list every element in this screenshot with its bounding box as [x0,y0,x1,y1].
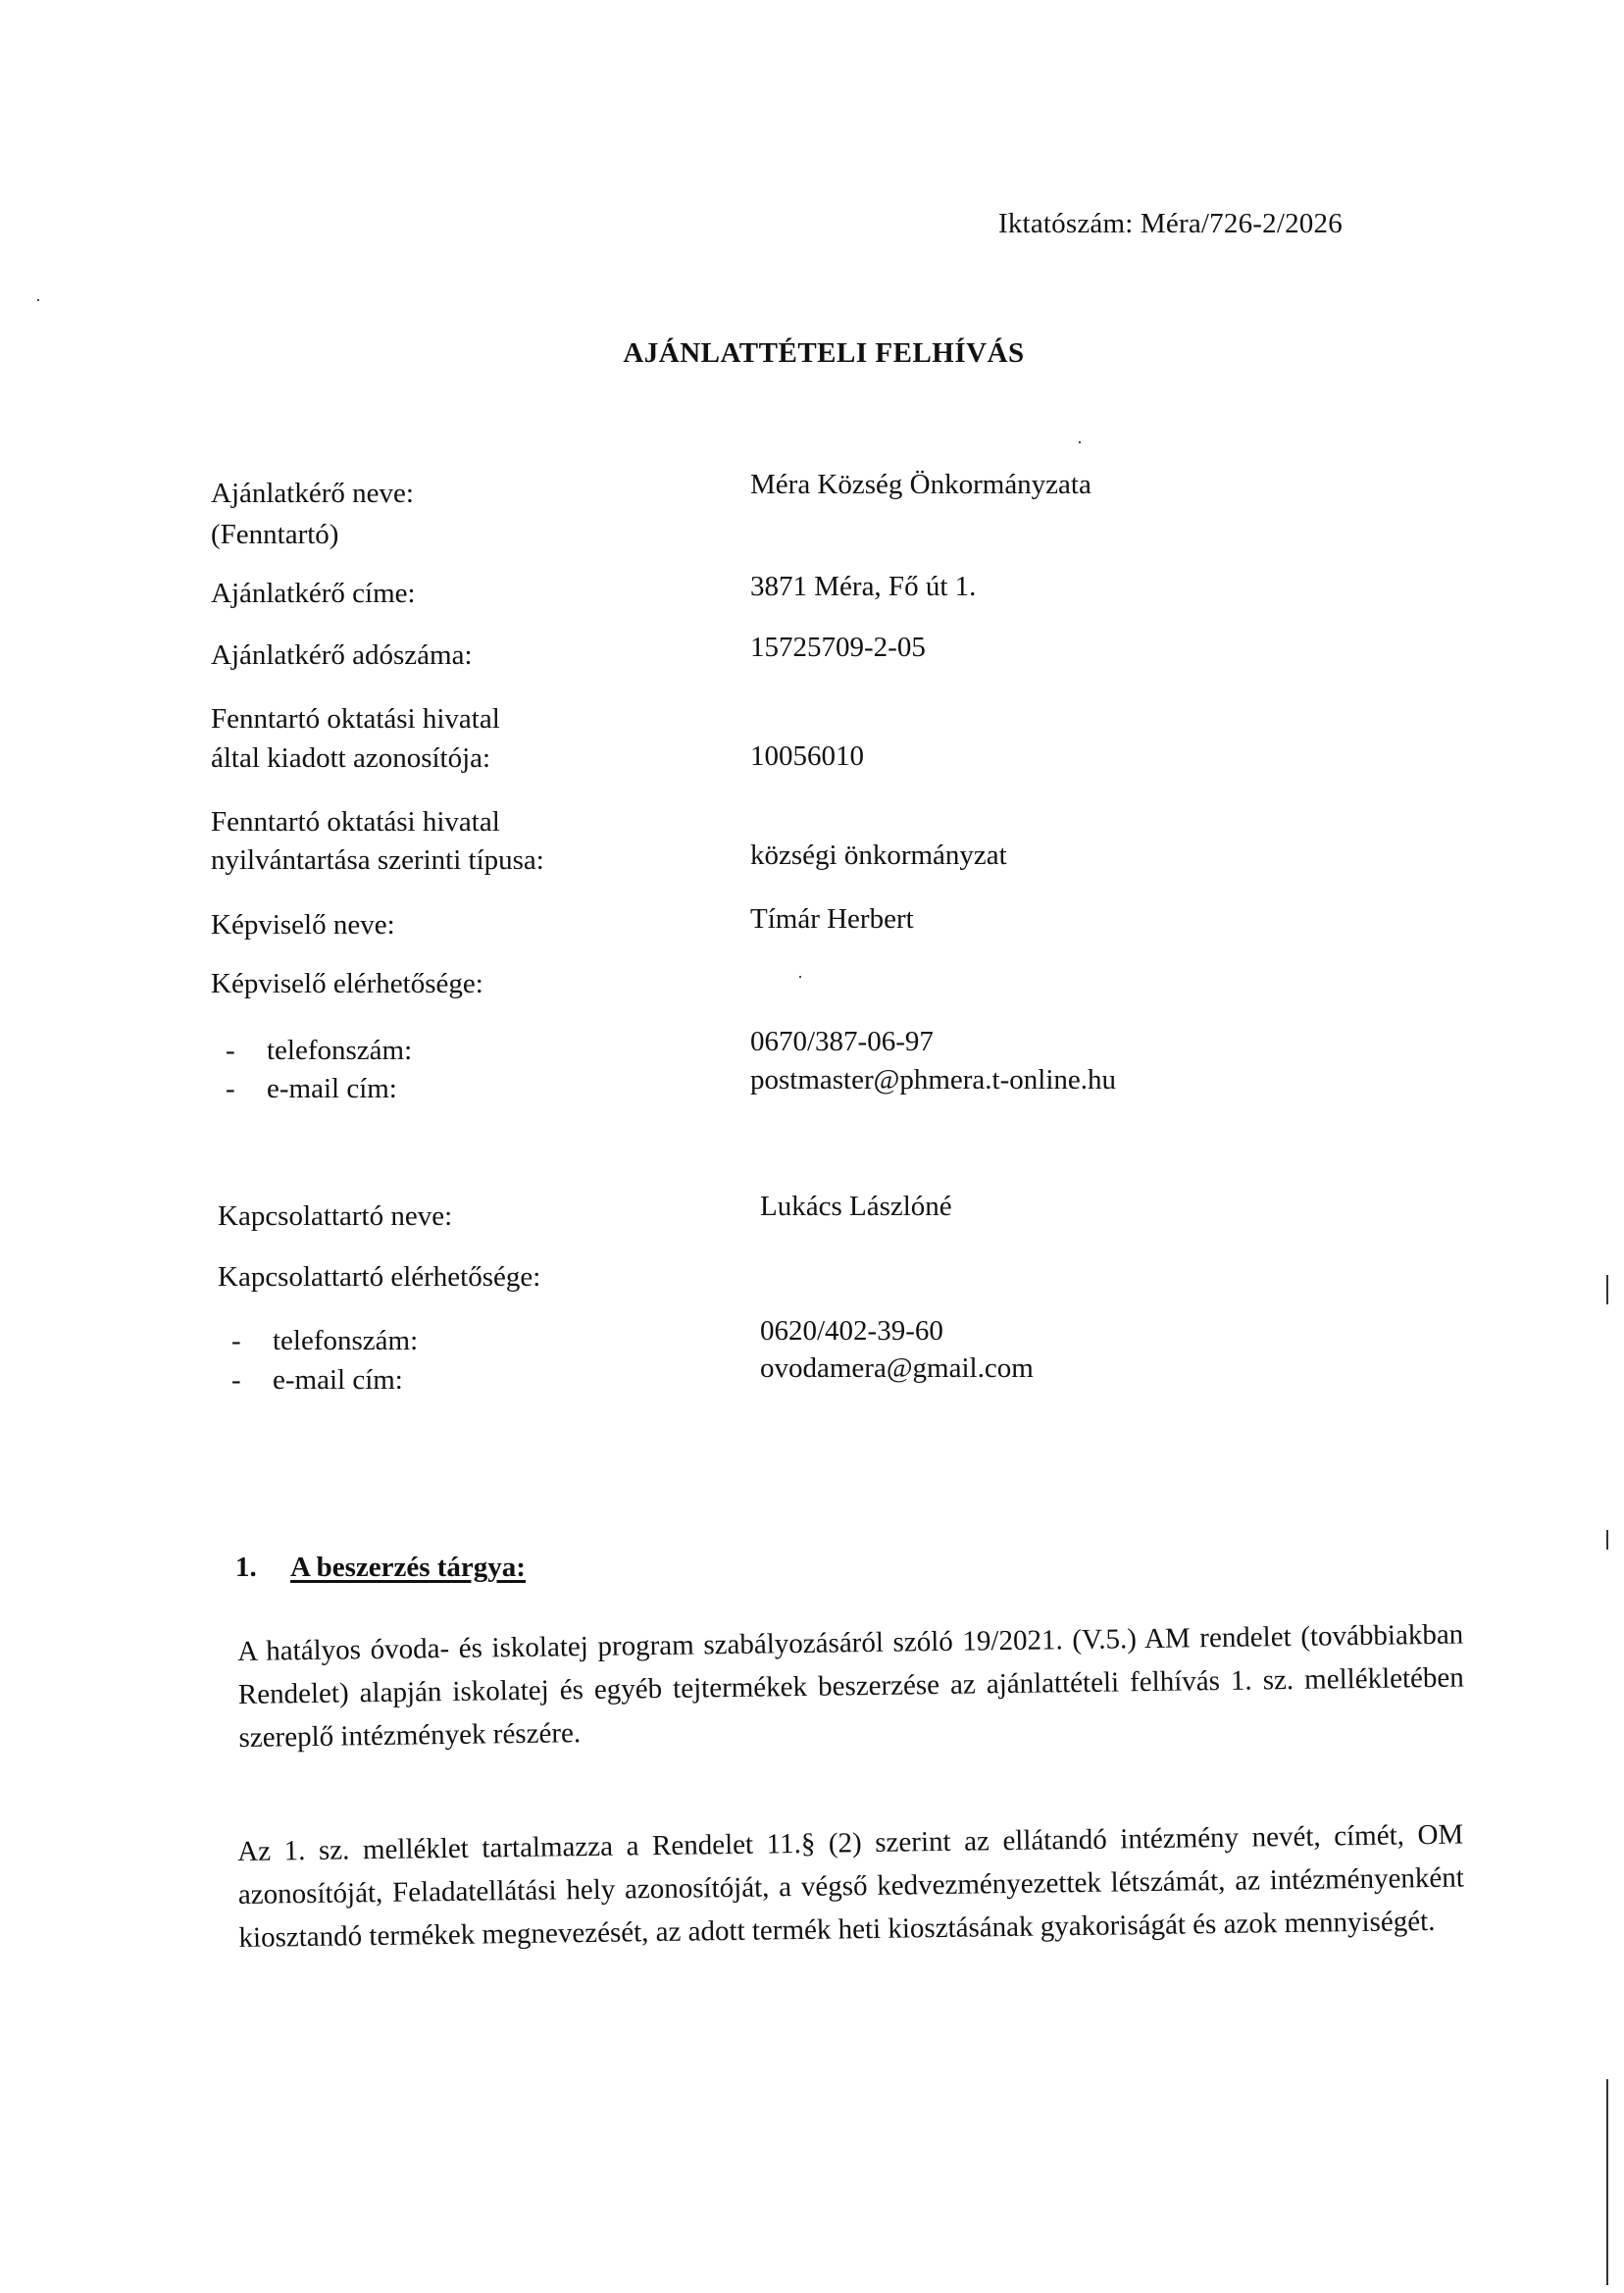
rep-phone-value: 0670/387-06-97 [750,1022,934,1061]
rep-email-value: postmaster@phmera.t-online.hu [750,1060,1116,1099]
edu-type-sublabel: nyilvántartása szerinti típusa: [211,841,544,880]
rep-phone-label: -telefonszám: [226,1031,412,1070]
rep-name-label: Képviselő neve: [211,905,395,944]
rep-email-label-text: e-mail cím: [267,1073,397,1104]
edu-id-sublabel: által kiadott azonosítója: [211,739,490,778]
requester-address-value: 3871 Méra, Fő út 1. [750,567,976,606]
contact-email-label-text: e-mail cím: [273,1364,403,1396]
section-number: 1. [235,1552,290,1584]
scan-edge-mark [1606,2079,1608,2285]
requester-name-label: Ajánlatkérő neve: [211,474,414,513]
edu-id-label: Fenntartó oktatási hivatal [211,699,500,739]
bullet-dash: - [231,1321,273,1360]
contact-phone-label-text: telefonszám: [273,1325,418,1356]
rep-phone-label-text: telefonszám: [267,1035,412,1066]
rep-contact-label: Képviselő elérhetősége: [211,964,483,1003]
edu-type-label: Fenntartó oktatási hivatal [211,802,500,841]
contact-phone-label: -telefonszám: [231,1321,418,1360]
requester-name-sublabel: (Fenntartó) [211,515,338,554]
bullet-dash: - [226,1069,267,1108]
contact-contact-label: Kapcsolattartó elérhetősége: [218,1257,540,1297]
contact-name-label: Kapcsolattartó neve: [218,1197,452,1236]
scan-edge-mark [1606,1530,1608,1550]
section-1-paragraph-1: A hatályos óvoda- és iskolatej program s… [237,1613,1465,1759]
section-1-paragraph-2: Az 1. sz. melléklet tartalmazza a Rendel… [237,1813,1465,1960]
rep-name-value: Tímár Herbert [750,899,914,939]
requester-name-value: Méra Község Önkormányzata [750,465,1091,504]
contact-name-value: Lukács Lászlóné [760,1187,952,1226]
section-1-heading: 1.A beszerzés tárgya: [235,1552,526,1584]
contact-email-value: ovodamera@gmail.com [760,1349,1034,1388]
requester-tax-value: 15725709-2-05 [750,628,926,667]
scan-edge-mark [1606,1275,1608,1304]
registration-number: Iktatószám: Méra/726-2/2026 [998,208,1343,240]
requester-tax-label: Ajánlatkérő adószáma: [211,636,473,675]
contact-email-label: -e-mail cím: [231,1360,403,1400]
scan-speck [1079,441,1081,443]
contact-phone-value: 0620/402-39-60 [760,1311,943,1350]
scan-speck [799,976,801,978]
bullet-dash: - [231,1360,273,1400]
section-title: A beszerzés tárgya: [290,1552,526,1583]
edu-id-value: 10056010 [750,737,864,776]
document-title: AJÁNLATTÉTELI FELHÍVÁS [0,337,1624,370]
rep-email-label: -e-mail cím: [226,1069,397,1108]
edu-type-value: községi önkormányzat [750,836,1007,875]
requester-address-label: Ajánlatkérő címe: [211,574,416,613]
scan-speck [37,299,39,301]
bullet-dash: - [226,1031,267,1070]
